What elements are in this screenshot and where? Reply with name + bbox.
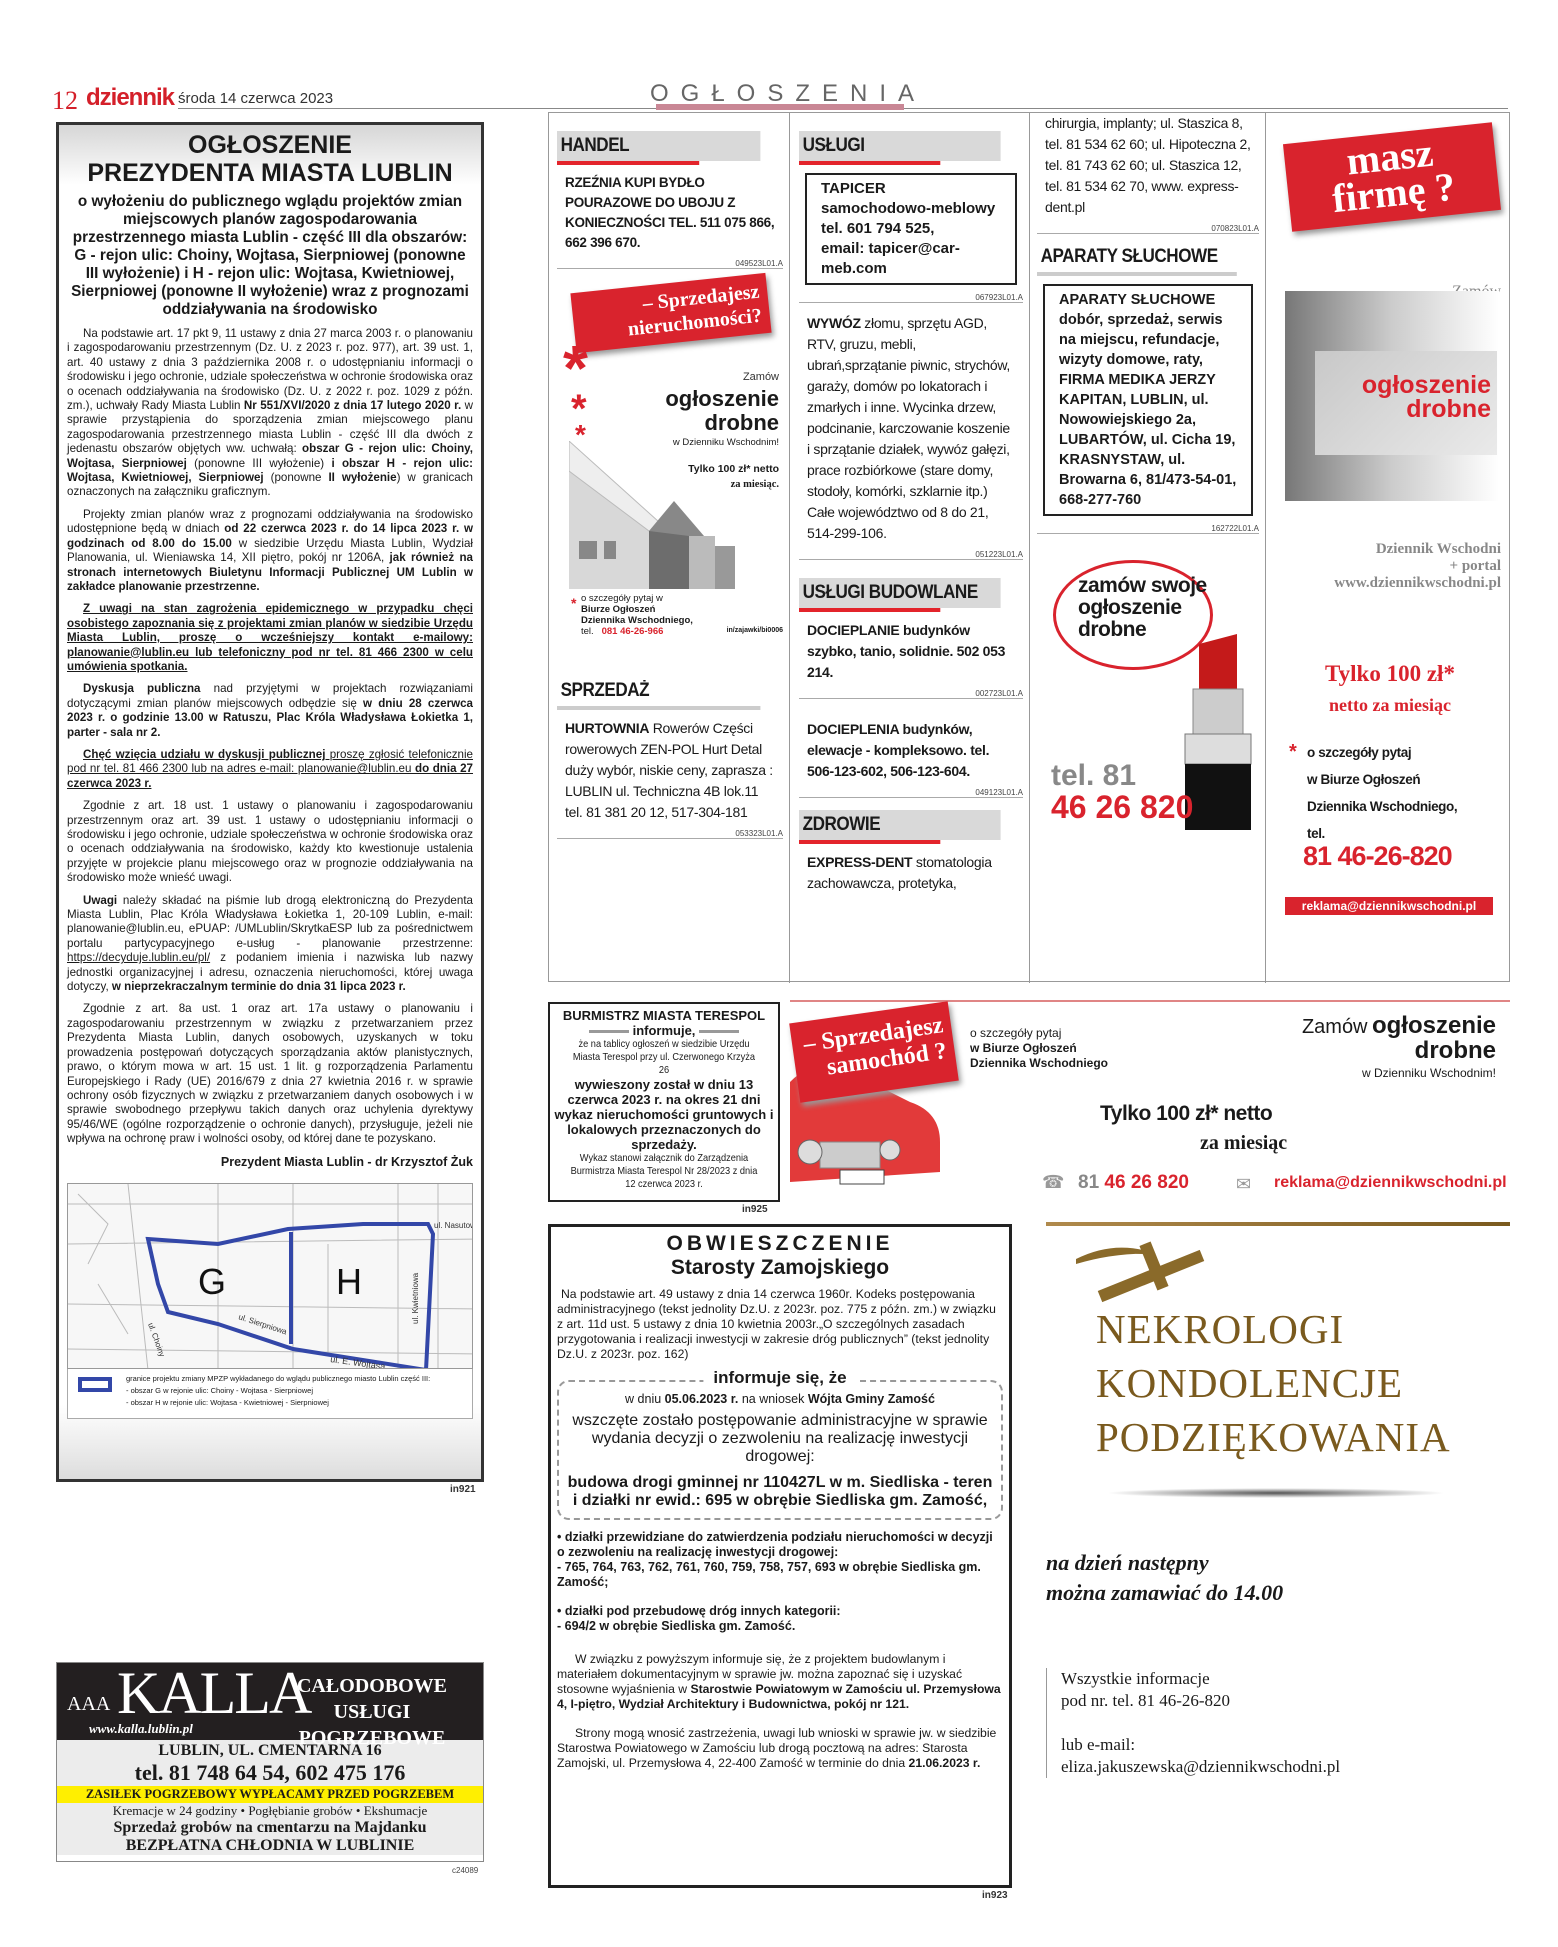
notice-title-1: OGŁOSZENIE [67,131,473,159]
map-legend: granice projektu zmiany MPZP wykładanego… [67,1369,473,1419]
express-dent-ad: EXPRESS-DENT stomatologia zachowawcza, p… [799,846,1023,900]
notice-subtitle: o wyłożeniu do publicznego wglądu projek… [67,193,473,319]
notice-paragraph-2: Projekty zmian planów wraz z prognozami … [67,508,473,594]
notice-signature: Prezydent Miasta Lublin - dr Krzysztof Ż… [67,1155,473,1169]
svg-text:H: H [336,1261,362,1302]
notice-paragraph-7: Uwagi należy składać na piśmie lub drogą… [67,894,473,995]
car-ad-email[interactable]: reklama@dziennikwschodni.pl [1274,1174,1507,1192]
obituaries-promo: NEKROLOGIKONDOLENCJEPODZIĘKOWANIA na dzi… [1046,1222,1510,1892]
classifieds-column-1: HANDEL RZEŹNIA KUPI BYDŁO POURAZOWE DO U… [557,113,783,983]
obituaries-email[interactable]: eliza.jakuszewska@dziennikwschodni.pl [1061,1756,1510,1778]
car-promo: – Sprzedajesz samochód ? o szczegóły pyt… [790,1000,1510,1210]
tapicer-ad: TAPICER samochodowo-meblowy tel. 601 794… [805,173,1017,285]
boundary-swatch [78,1377,112,1392]
decyduje-link[interactable]: https://decyduje.lublin.eu/pl/ [67,951,210,964]
promo-phone: 081 46-26-966 [602,626,664,637]
informuje-frame: informuje się, że w dniu 05.06.2023 r. n… [557,1380,1003,1520]
zoning-map: G H ul. Nasutowska ul. Sierpniowa ul. E.… [67,1183,473,1369]
kalla-funeral-ad: AAA KALLA www.kalla.lublin.pl CAŁODOBOWE… [56,1662,484,1862]
notice-paragraph-5: Chęć wzięcia udziału w dyskusji publiczn… [67,748,473,791]
classifieds-column-2: USŁUGI TAPICER samochodowo-meblowy tel. … [799,113,1023,983]
notice-paragraph-6: Zgodnie z art. 18 ust. 1 ustawy o planow… [67,799,473,885]
kalla-phone: tel. 81 748 64 54, 602 475 176 [57,1760,483,1786]
page-number: 12 [52,86,78,116]
svg-text:ul. Choiny: ul. Choiny [146,1321,167,1358]
newspaper-logo: dziennik [86,84,174,112]
aparaty-ad: APARATY SŁUCHOWE dobór, sprzedaż, serwis… [1043,284,1253,516]
phone-icon: ☎ [1042,1172,1064,1193]
section-title-underline [656,104,904,110]
gold-rule [1046,1222,1510,1226]
ad-code: in921 [450,1484,476,1495]
masz-firme-phone: 81 46-26-820 [1303,841,1452,872]
classifieds-grid: HANDEL RZEŹNIA KUPI BYDŁO POURAZOWE DO U… [548,112,1510,982]
express-dent-ad-continued: chirurgia, implanty; ul. Staszica 8, tel… [1037,107,1259,224]
section-zdrowie: ZDROWIE [799,810,1001,840]
notice-paragraph-4: Dyskusja publiczna nad przyjętymi w proj… [67,682,473,740]
svg-text:G: G [198,1261,226,1302]
classified-ad: DOCIEPLANIE budynków szybko, tanio, soli… [799,614,1023,689]
svg-text:ul. E. Wojtasa: ul. E. Wojtasa [330,1354,386,1369]
svg-text:ul. Kwietniowa: ul. Kwietniowa [411,1272,420,1324]
lipstick-phone: 46 26 820 [1051,790,1193,824]
notice-paragraph-8: Zgodnie z art. 8a ust. 1 oraz art. 17a u… [67,1002,473,1146]
svg-text:ul. Nasutowska: ul. Nasutowska [434,1221,473,1230]
terespol-notice: BURMISTRZ MIASTA TERESPOL informuje, że … [548,1002,780,1202]
masz-firme-promo: maszfirmę ? Zamów ogłoszeniedrobne Dzien… [1271,113,1509,983]
section-sprzedaz: SPRZEDAŻ [557,676,760,706]
classifieds-column-3: chirurgia, implanty; ul. Staszica 8, tel… [1037,113,1259,983]
cross-icon [1076,1234,1216,1304]
section-uslugi-budowlane: USŁUGI BUDOWLANE [799,578,1001,608]
issue-date: środa 14 czerwca 2023 [178,90,333,107]
zamosc-notice: OBWIESZCZENIE Starosty Zamojskiego Na po… [548,1224,1012,1888]
notice-paragraph-1: Na podstawie art. 17 pkt 9, 11 ustawy z … [67,327,473,500]
section-handel: HANDEL [557,131,760,161]
notice-title-2: PREZYDENTA MIASTA LUBLIN [67,159,473,187]
classified-ad: DOCIEPLENIA budynków, elewacje - komplek… [799,713,1023,788]
classified-ad: RZEŹNIA KUPI BYDŁO POURAZOWE DO UBOJU Z … [557,167,783,259]
section-uslugi: USŁUGI [799,131,1001,161]
lublin-notice: OGŁOSZENIE PREZYDENTA MIASTA LUBLIN o wy… [56,122,484,1482]
promo-nieruchomosci: – Sprzedajesz nieruchomości? * * * Zamów… [557,269,783,629]
classified-ad: HURTOWNIA Rowerów Części rowerowych ZEN-… [557,712,783,829]
lipstick-promo: zamów swoje ogłoszenie drobne tel. 81 46… [1037,534,1259,834]
notice-paragraph-3: Z uwagi na stan zagrożenia epidemicznego… [67,602,473,674]
envelope-icon: ✉ [1236,1174,1251,1195]
masz-firme-email[interactable]: reklama@dziennikwschodni.pl [1285,897,1493,915]
car-ad-phone: 81 46 26 820 [1078,1172,1189,1194]
kalla-website: www.kalla.lublin.pl [89,1721,193,1737]
map-graphic: G H ul. Nasutowska ul. Sierpniowa ul. E.… [68,1184,473,1369]
wywoz-ad: WYWÓZ złomu, sprzętu AGD, RTV, gruzu, me… [799,307,1023,550]
houses-illustration [569,441,749,589]
section-aparaty: APARATY SŁUCHOWE [1037,242,1237,272]
